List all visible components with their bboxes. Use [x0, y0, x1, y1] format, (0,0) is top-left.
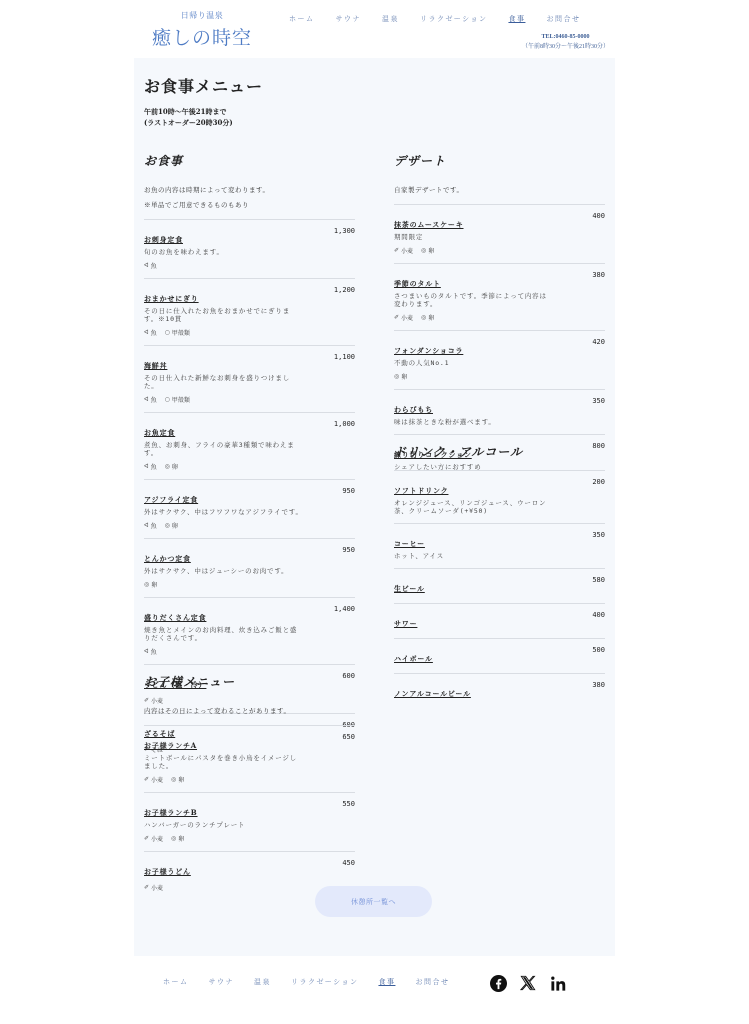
wheat-icon: ✐: [394, 314, 399, 321]
menu-item-name[interactable]: ノンアルコールビール: [394, 689, 471, 699]
allergen-label: 魚: [151, 328, 157, 337]
menu-item: 海鮮丼1,100その日仕入れた新鮮なお刺身を盛りつけました。ᐊ魚○甲殻類: [144, 345, 355, 412]
menu-item-name[interactable]: お子様ランチA: [144, 741, 197, 751]
menu-item: お子様ランチA650ミートボールにパスタを巻き小鳥をイメージしました。✐小麦◎卵: [144, 725, 355, 792]
meal-hours-line: 午前10時～午後21時まで: [144, 106, 233, 117]
egg-icon: ◎: [394, 373, 399, 380]
nav-contact[interactable]: お問合せ: [546, 14, 580, 24]
menu-item-name[interactable]: 季節のタルト: [394, 279, 441, 289]
menu-item-name[interactable]: 海鮮丼: [144, 361, 167, 371]
wheat-icon: ✐: [394, 247, 399, 254]
wheat-icon: ✐: [144, 884, 149, 891]
menu-item: 季節のタルト380さつまいものタルトです。季節によって内容は変わります。✐小麦◎…: [394, 263, 605, 330]
menu-item-description: ホット、アイス: [394, 552, 554, 560]
menu-item-name[interactable]: コーヒー: [394, 539, 425, 549]
section-title: ドリンク・アルコール: [394, 443, 605, 460]
allergen-label: 甲殻類: [172, 328, 190, 337]
menu-item-name[interactable]: 生ビール: [394, 584, 425, 594]
menu-item-price: 380: [592, 271, 605, 279]
menu-item-name[interactable]: とんかつ定食: [144, 554, 191, 564]
allergen-tags: ✐小麦◎卵: [394, 313, 605, 322]
egg-icon: ◎: [165, 522, 170, 529]
menu-item: サワー400: [394, 603, 605, 638]
allergen-tag: ✐小麦: [144, 883, 163, 892]
section-note: 自家製デザートです。: [394, 183, 605, 198]
menu-item: 盛りだくさん定食1,400焼き魚とメインのお肉料理、炊き込みご飯と盛りだくさんで…: [144, 597, 355, 664]
allergen-tag: ᐊ魚: [144, 328, 157, 337]
allergen-tag: ◎卵: [165, 521, 178, 530]
menu-item-name[interactable]: ハイボール: [394, 654, 433, 664]
allergen-label: 小麦: [151, 834, 163, 843]
site-header: 日帰り温泉 癒しの時空 ホーム サウナ 温泉 リラクゼーション 食事 お問合せ …: [0, 0, 749, 58]
nav-onsen[interactable]: 温泉: [382, 14, 399, 24]
allergen-tag: ◎卵: [421, 313, 434, 322]
menu-item: わらびもち350味は抹茶ときな粉が選べます。: [394, 389, 605, 434]
last-order-line: (ラストオーダー20時30分): [144, 117, 233, 128]
footer-nav-relaxation[interactable]: リラクゼーション: [291, 977, 358, 987]
nav-home[interactable]: ホーム: [289, 14, 315, 24]
footer-nav-sauna[interactable]: サウナ: [209, 977, 235, 987]
allergen-label: 卵: [401, 372, 407, 381]
menu-item-price: 200: [592, 478, 605, 486]
menu-item-name[interactable]: フォンダンショコラ: [394, 346, 463, 356]
allergen-label: 魚: [151, 462, 157, 471]
allergen-tags: ◎卵: [144, 580, 355, 589]
menu-item-price: 580: [592, 576, 605, 584]
menu-item-price: 950: [342, 487, 355, 495]
allergen-label: 卵: [172, 462, 178, 471]
menu-item-name[interactable]: お刺身定食: [144, 235, 183, 245]
shellfish-icon: ○: [165, 396, 170, 403]
menu-item: アジフライ定食950外はサクサク、中はフワフワなアジフライです。ᐊ魚◎卵: [144, 479, 355, 538]
menu-item-price: 1,300: [334, 227, 355, 235]
menu-item-price: 950: [342, 546, 355, 554]
allergen-label: 魚: [151, 261, 157, 270]
allergen-tag: ◎卵: [171, 775, 184, 784]
logo[interactable]: 日帰り温泉 癒しの時空: [152, 10, 252, 50]
nav-meals[interactable]: 食事: [508, 14, 525, 24]
allergen-label: 小麦: [401, 313, 413, 322]
allergen-tag: ᐊ魚: [144, 521, 157, 530]
phone-number[interactable]: TEL:0460-85-0000: [522, 32, 609, 42]
menu-item-description: ハンバーガーのランチプレート: [144, 821, 304, 829]
menu-item-description: その日仕入れた新鮮なお刺身を盛りつけました。: [144, 374, 304, 390]
menu-item: ハイボール500: [394, 638, 605, 673]
allergen-label: 卵: [428, 313, 434, 322]
menu-item-description: ミートボールにパスタを巻き小鳥をイメージしました。: [144, 754, 304, 770]
allergen-tags: ᐊ魚○甲殻類: [144, 328, 355, 337]
egg-icon: ◎: [144, 581, 149, 588]
menu-item-description: 旬のお魚を味わえます。: [144, 248, 304, 256]
allergen-tag: ○甲殻類: [165, 395, 190, 404]
section-note: お魚の内容は時期によって変わります。: [144, 183, 355, 198]
menu-item-description: 煮魚、お刺身、フライの豪華3種類で味わえます。: [144, 441, 304, 457]
section-title: デザート: [394, 152, 605, 169]
section-title: お食事: [144, 152, 355, 169]
menu-item: とんかつ定食950外はサクサク、中はジューシーのお肉です。◎卵: [144, 538, 355, 597]
menu-item: お刺身定食1,300旬のお魚を味わえます。ᐊ魚: [144, 219, 355, 278]
allergen-tags: ✐小麦◎卵: [144, 834, 355, 843]
fish-icon: ᐊ: [144, 329, 149, 336]
section-note: 内容はその日によって変わることがあります。: [144, 704, 355, 719]
fish-icon: ᐊ: [144, 463, 149, 470]
nav-relaxation[interactable]: リラクゼーション: [420, 14, 487, 24]
menu-item-name[interactable]: サワー: [394, 619, 417, 629]
allergen-tags: ✐小麦◎卵: [144, 775, 355, 784]
menu-item-name[interactable]: ソフトドリンク: [394, 486, 448, 496]
allergen-tags: ᐊ魚◎卵: [144, 521, 355, 530]
menu-item-price: 400: [592, 611, 605, 619]
section-notes: 内容はその日によって変わることがあります。: [144, 704, 355, 719]
menu-item: おまかせにぎり1,200その日に仕入れたお魚をおまかせでにぎります。※10貫ᐊ魚…: [144, 278, 355, 345]
allergen-tags: ᐊ魚○甲殻類: [144, 395, 355, 404]
fish-icon: ᐊ: [144, 262, 149, 269]
menu-item: コーヒー350ホット、アイス: [394, 523, 605, 568]
menu-item-description: 外はサクサク、中はジューシーのお肉です。: [144, 567, 304, 575]
menu-item-price: 1,200: [334, 286, 355, 294]
shellfish-icon: ○: [165, 329, 170, 336]
social-links: [489, 974, 567, 992]
menu-item-name[interactable]: おまかせにぎり: [144, 294, 199, 304]
egg-icon: ◎: [165, 463, 170, 470]
menu-item-description: 不動の人気No.1: [394, 359, 554, 367]
linkedin-icon[interactable]: [549, 974, 567, 992]
allergen-tags: ᐊ魚: [144, 647, 355, 656]
menu-item: お子様ランチB550ハンバーガーのランチプレート✐小麦◎卵: [144, 792, 355, 851]
allergen-label: 魚: [151, 521, 157, 530]
section-title: お子様メニュー: [144, 673, 355, 690]
allergen-tag: ✐小麦: [144, 834, 163, 843]
menu-item-price: 450: [342, 859, 355, 867]
menu-item-description: 期間限定: [394, 233, 554, 241]
nav-sauna[interactable]: サウナ: [336, 14, 362, 24]
menu-item-price: 380: [592, 681, 605, 689]
facebook-icon[interactable]: [489, 974, 507, 992]
contact-info: TEL:0460-85-0000 （午前8時30分～午後21時30分）: [522, 32, 609, 52]
menu-item-description: 味は抹茶ときな粉が選べます。: [394, 418, 554, 426]
footer-nav-meals[interactable]: 食事: [378, 977, 395, 987]
menu-item-name[interactable]: 盛りだくさん定食: [144, 613, 206, 623]
allergen-tag: ᐊ魚: [144, 261, 157, 270]
egg-icon: ◎: [421, 247, 426, 254]
menu-item-price: 420: [592, 338, 605, 346]
menu-item-price: 1,400: [334, 605, 355, 613]
allergen-label: 甲殻類: [172, 395, 190, 404]
menu-item: フォンダンショコラ420不動の人気No.1◎卵: [394, 330, 605, 389]
egg-icon: ◎: [171, 776, 176, 783]
wheat-icon: ✐: [144, 776, 149, 783]
menu-item-description: 焼き魚とメインのお肉料理、炊き込みご飯と盛りだくさんです。: [144, 626, 304, 642]
allergen-tag: ᐊ魚: [144, 395, 157, 404]
allergen-tag: ✐小麦: [394, 246, 413, 255]
menu-item-price: 1,000: [334, 420, 355, 428]
section-notes: お魚の内容は時期によって変わります。※単品でご用意できるものもあり: [144, 183, 355, 213]
logo-subtitle: 日帰り温泉: [152, 10, 252, 21]
allergen-label: 卵: [172, 521, 178, 530]
allergen-tag: ◎卵: [394, 372, 407, 381]
footer-nav-home[interactable]: ホーム: [163, 977, 189, 987]
x-icon[interactable]: [519, 974, 537, 992]
rest-area-list-button[interactable]: 休憩所一覧へ: [315, 886, 432, 917]
allergen-tags: ᐊ魚◎卵: [144, 462, 355, 471]
menu-item-price: 1,100: [334, 353, 355, 361]
header-nav: ホーム サウナ 温泉 リラクゼーション 食事 お問合せ: [289, 14, 601, 24]
allergen-label: 小麦: [151, 883, 163, 892]
section-dessert: デザート自家製デザートです。抹茶のムースケーキ400期間限定✐小麦◎卵季節のタル…: [394, 152, 605, 479]
allergen-tag: ◎卵: [165, 462, 178, 471]
allergen-tag: ○甲殻類: [165, 328, 190, 337]
fish-icon: ᐊ: [144, 648, 149, 655]
footer-nav: ホーム サウナ 温泉 リラクゼーション 食事 お問合せ: [163, 977, 469, 987]
allergen-tag: ◎卵: [144, 580, 157, 589]
menu-item: お魚定食1,000煮魚、お刺身、フライの豪華3種類で味わえます。ᐊ魚◎卵: [144, 412, 355, 479]
site-footer: ホーム サウナ 温泉 リラクゼーション 食事 お問合せ: [0, 956, 749, 1024]
egg-icon: ◎: [421, 314, 426, 321]
fish-icon: ᐊ: [144, 396, 149, 403]
allergen-label: 魚: [151, 395, 157, 404]
menu-item-description: さつまいものタルトです。季節によって内容は変わります。: [394, 292, 554, 308]
menu-item: ソフトドリンク200オレンジジュース、リンゴジュース、ウーロン茶、クリームソーダ…: [394, 470, 605, 523]
menu-item: ノンアルコールビール380: [394, 673, 605, 708]
menu-item-name[interactable]: わらびもち: [394, 405, 433, 415]
meal-hours: 午前10時～午後21時まで (ラストオーダー20時30分): [144, 106, 233, 128]
menu-panel: お食事メニュー 午前10時～午後21時まで (ラストオーダー20時30分) お食…: [134, 58, 615, 956]
section-note: ※単品でご用意できるものもあり: [144, 198, 355, 213]
allergen-label: 卵: [178, 834, 184, 843]
business-hours: （午前8時30分～午後21時30分）: [522, 44, 609, 50]
allergen-tag: ✐小麦: [144, 775, 163, 784]
menu-item-name[interactable]: お子様ランチB: [144, 808, 198, 818]
allergen-tags: ◎卵: [394, 372, 605, 381]
allergen-tags: ✐小麦◎卵: [394, 246, 605, 255]
menu-item-price: 500: [592, 646, 605, 654]
menu-item-description: オレンジジュース、リンゴジュース、ウーロン茶、クリームソーダ(+¥50): [394, 499, 554, 515]
menu-item-name[interactable]: お魚定食: [144, 428, 175, 438]
menu-item-price: 350: [592, 531, 605, 539]
logo-title: 癒しの時空: [152, 23, 252, 50]
section-kids: お子様メニュー内容はその日によって変わることがあります。お子様ランチA650ミー…: [144, 673, 355, 900]
allergen-tag: ◎卵: [171, 834, 184, 843]
page-title: お食事メニュー: [144, 74, 263, 97]
egg-icon: ◎: [171, 835, 176, 842]
footer-nav-onsen[interactable]: 温泉: [254, 977, 271, 987]
menu-item-description: その日に仕入れたお魚をおまかせでにぎります。※10貫: [144, 307, 304, 323]
section-notes: 自家製デザートです。: [394, 183, 605, 198]
menu-item-price: 350: [592, 397, 605, 405]
allergen-label: 卵: [151, 580, 157, 589]
allergen-tag: ◎卵: [421, 246, 434, 255]
menu-item: 抹茶のムースケーキ400期間限定✐小麦◎卵: [394, 204, 605, 263]
menu-item-name[interactable]: 抹茶のムースケーキ: [394, 220, 464, 230]
allergen-label: 小麦: [151, 775, 163, 784]
fish-icon: ᐊ: [144, 522, 149, 529]
section-drinks: ドリンク・アルコールソフトドリンク200オレンジジュース、リンゴジュース、ウーロ…: [394, 443, 605, 708]
allergen-label: 卵: [428, 246, 434, 255]
menu-item-name[interactable]: お子様うどん: [144, 867, 191, 877]
menu-item: 生ビール580: [394, 568, 605, 603]
allergen-label: 小麦: [401, 246, 413, 255]
menu-item-name[interactable]: アジフライ定食: [144, 495, 198, 505]
allergen-tag: ᐊ魚: [144, 462, 157, 471]
wheat-icon: ✐: [144, 835, 149, 842]
allergen-tag: ✐小麦: [394, 313, 413, 322]
allergen-label: 魚: [151, 647, 157, 656]
section-meals: お食事お魚の内容は時期によって変わります。※単品でご用意できるものもありお刺身定…: [144, 152, 355, 762]
allergen-label: 卵: [178, 775, 184, 784]
menu-item-price: 650: [342, 733, 355, 741]
menu-item-price: 550: [342, 800, 355, 808]
menu-item-description: 外はサクサク、中はフワフワなアジフライです。: [144, 508, 304, 516]
allergen-tag: ᐊ魚: [144, 647, 157, 656]
footer-nav-contact[interactable]: お問合せ: [415, 977, 449, 987]
menu-item-price: 400: [592, 212, 605, 220]
allergen-tags: ᐊ魚: [144, 261, 355, 270]
